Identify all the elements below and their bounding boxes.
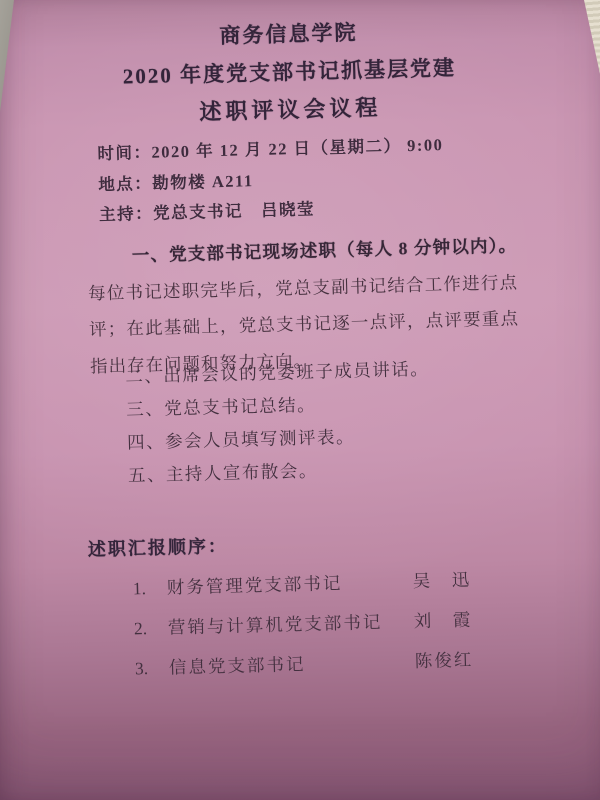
report-order-2-name: 刘 霞 xyxy=(413,600,473,642)
meta-time-label: 时间： xyxy=(97,143,151,163)
meta-host-label: 主持： xyxy=(99,204,153,224)
report-order-2-number: 2. xyxy=(133,608,168,649)
agenda-item-1-lead: 一、党支部书记现场述职（每人 8 分钟以内）。 xyxy=(132,235,518,265)
meta-host-value: 党总支书记 吕晓莹 xyxy=(153,200,315,223)
report-order-heading: 述职汇报顺序： xyxy=(87,532,228,562)
meta-location-value: 勘物楼 A211 xyxy=(152,171,254,193)
photo-of-document: 商务信息学院 2020 年度党支部书记抓基层党建 述职评议会议程 时间：2020… xyxy=(0,0,600,800)
report-order-3-number: 3. xyxy=(134,648,169,689)
meta-location-label: 地点： xyxy=(98,173,152,193)
meeting-meta-block: 时间：2020 年 12 月 22 日（星期二） 9:00 地点：勘物楼 A21… xyxy=(97,130,445,231)
document-title-block: 商务信息学院 2020 年度党支部书记抓基层党建 述职评议会议程 xyxy=(0,8,579,137)
agenda-items-list: 二、出席会议的党委班子成员讲话。 三、党总支书记总结。 四、参会人员填写测评表。… xyxy=(125,353,432,493)
report-order-2-role: 营销与计算机党支部书记 xyxy=(167,601,414,647)
report-order-3-role: 信息党支部书记 xyxy=(168,641,415,687)
report-order-3-name: 陈俊红 xyxy=(414,640,474,682)
report-order-1-number: 1. xyxy=(132,568,167,609)
agenda-item-5: 五、主持人宣布散会。 xyxy=(127,452,432,493)
document-content: 商务信息学院 2020 年度党支部书记抓基层党建 述职评议会议程 时间：2020… xyxy=(0,0,600,800)
report-order-list: 1. 财务管理党支部书记 吴 迅 2. 营销与计算机党支部书记 刘 霞 3. 信… xyxy=(132,558,535,688)
meta-time-value: 2020 年 12 月 22 日（星期二） 9:00 xyxy=(151,135,443,162)
report-order-1-role: 财务管理党支部书记 xyxy=(166,561,413,607)
report-order-1-name: 吴 迅 xyxy=(412,560,472,602)
